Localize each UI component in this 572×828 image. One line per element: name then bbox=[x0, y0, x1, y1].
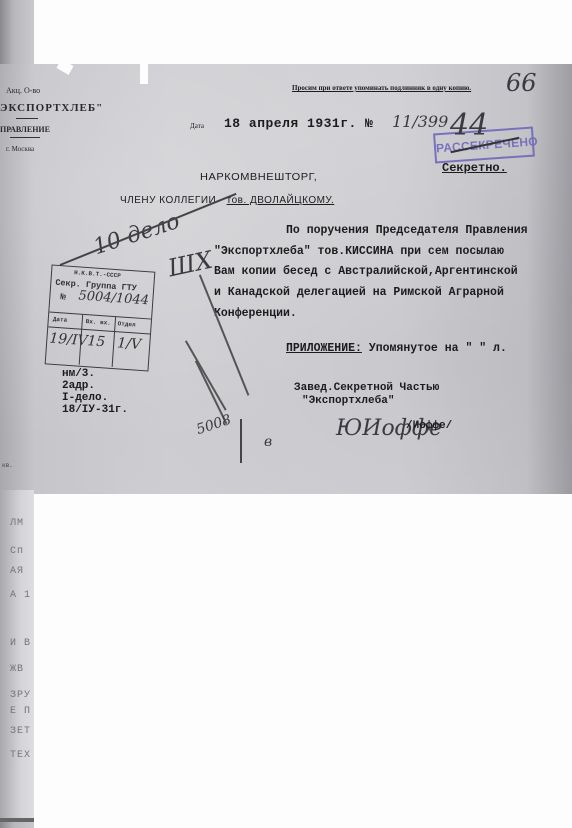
distribution-list: нм/3. 2адр. I-дело. 18/IУ-31г. bbox=[62, 368, 128, 416]
stamp-value-date: 19/IV bbox=[49, 331, 88, 350]
appendix-note: ПРИЛОЖЕНИЕ: Упомянутое на " " л. bbox=[286, 342, 507, 355]
body-line: Конференции. bbox=[214, 304, 297, 325]
addressee-name: тов. ДВОЛАЙЦКОМУ. bbox=[227, 195, 335, 206]
stamp-col-date: Дата bbox=[53, 316, 68, 324]
body-line: Вам копии бесед с Австралийской,Аргентин… bbox=[214, 262, 518, 283]
body-line: По поручения Председателя Правления bbox=[286, 221, 528, 242]
body-line: "Экспортхлеба" тов.КИССИНА при сем посыл… bbox=[214, 242, 504, 263]
stamp-grid: Дата Вх. вх. Отдел 19/IV 15 1/V bbox=[46, 311, 151, 369]
letterhead-company-type: Акц. О-во bbox=[6, 86, 40, 95]
body-line: и Канадской делегацией на Римской Аграрн… bbox=[214, 283, 504, 304]
archive-code: 5008 bbox=[194, 412, 233, 438]
fragment-text: ЖВ bbox=[10, 664, 24, 675]
signatory-name: /Иоффе/ bbox=[406, 420, 452, 432]
document-date: 18 апреля 1931г. № bbox=[224, 116, 373, 131]
page-bottom-edge bbox=[0, 818, 34, 822]
stamp-col-department: Отдел bbox=[117, 320, 135, 328]
letterhead-company-name: ЭКСПОРТХЛЕБ" bbox=[0, 102, 103, 114]
registration-stamp: Н.К.В.Т.-СССР Секр. Группа ГТУ № 5004/10… bbox=[45, 264, 156, 371]
side-mark: кв. bbox=[2, 462, 13, 469]
fragment-text: ЗРУ bbox=[10, 690, 31, 701]
letterhead-department: ПРАВЛЕНИЕ bbox=[0, 125, 50, 134]
underlying-page-fragment: ЛМ Сп АЯ А 1 И В ЖВ ЗРУ Е П ЗЕТ ТЕХ bbox=[0, 490, 34, 820]
fragment-text: И В bbox=[10, 638, 31, 649]
page-number: 66 bbox=[506, 69, 537, 97]
stamp-value-incoming: 15 bbox=[87, 333, 106, 350]
letterhead-city: г. Москва bbox=[6, 145, 34, 153]
classification-mark: Секретно. bbox=[442, 161, 507, 175]
fragment-text: А 1 bbox=[10, 590, 31, 601]
fragment-text: ЗЕТ bbox=[10, 726, 31, 737]
handwritten-letter: в bbox=[264, 434, 272, 450]
fragment-text: АЯ bbox=[10, 566, 24, 577]
stamp-column-divider bbox=[112, 317, 116, 367]
reply-notice: Просим при ответе упоминать подлинник в … bbox=[292, 84, 471, 92]
letterhead-rule bbox=[16, 118, 38, 119]
fragment-text: Сп bbox=[10, 546, 24, 557]
fragment-text: ТЕХ bbox=[10, 750, 31, 761]
pencil-stroke bbox=[185, 340, 226, 410]
stamp-col-incoming: Вх. вх. bbox=[85, 318, 111, 327]
stamp-header: Н.К.В.Т.-СССР bbox=[74, 269, 121, 279]
registration-number: 11/399 bbox=[392, 112, 448, 131]
appendix-text: Упомянутое на " " л. bbox=[362, 342, 507, 355]
crossed-out-number: 44 bbox=[450, 108, 488, 143]
stamp-number: 5004/1044 bbox=[78, 288, 149, 308]
stamp-value-department: 1/V bbox=[117, 335, 142, 353]
handwritten-initials: ШХ bbox=[166, 246, 215, 283]
fragment-text: ЛМ bbox=[10, 518, 24, 529]
stamp-number-label: № bbox=[60, 292, 66, 302]
pencil-divider bbox=[240, 419, 242, 463]
appendix-label: ПРИЛОЖЕНИЕ: bbox=[286, 342, 362, 355]
signatory-title: Завед.Секретной Частью bbox=[294, 382, 439, 394]
letterhead-rule bbox=[10, 137, 40, 138]
fragment-text: Е П bbox=[10, 706, 31, 717]
signatory-organization: "Экспортхлеба" bbox=[302, 395, 394, 407]
date-label: Дата bbox=[190, 122, 204, 130]
scanned-letter: Акц. О-во ЭКСПОРТХЛЕБ" ПРАВЛЕНИЕ г. Моск… bbox=[0, 64, 572, 494]
addressee-organization: НАРКОМВНЕШТОРГ, bbox=[200, 172, 317, 183]
